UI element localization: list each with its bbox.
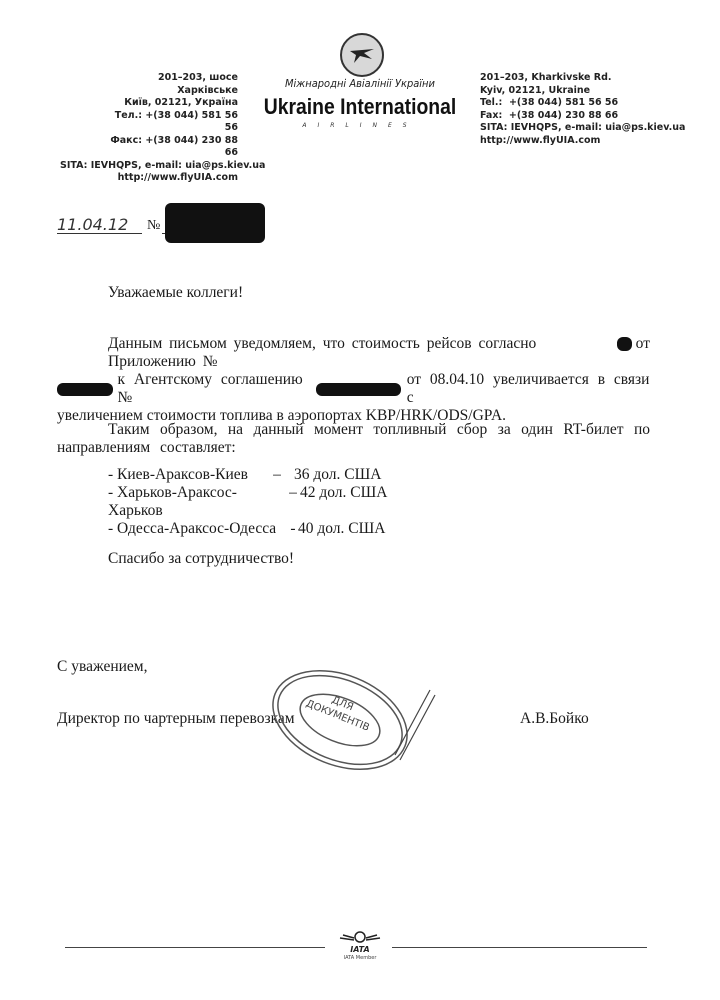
route-row: - Харьков-Араксос-Харьков – 42 дол. США	[108, 484, 387, 520]
address-line: SITA: IEVHQPS, e-mail: uia@ps.kiev.ua	[480, 122, 670, 135]
address-line: Kyiv, 02121, Ukraine	[480, 85, 670, 98]
closing: С уважением,	[57, 658, 148, 676]
route-row: - Киев-Араксов-Киев – 36 дол. США	[108, 466, 387, 484]
official-stamp: ДЛЯ ДОКУМЕНТІВ	[240, 665, 440, 775]
date-underline	[57, 233, 142, 234]
uia-bird-logo-icon	[340, 33, 384, 77]
address-line: Київ, 02121, Україна	[100, 97, 238, 110]
redacted-appendix-date	[57, 383, 113, 396]
address-line: 201–203, Kharkivske Rd.	[480, 72, 670, 85]
address-line: Tel.: +(38 044) 581 56 56	[480, 97, 670, 110]
footer-divider-left	[65, 947, 325, 948]
route-name: - Киев-Араксов-Киев	[108, 466, 260, 484]
paragraph-1-line-1a: Данным письмом уведомляем, что стоимость…	[108, 335, 625, 371]
address-line: Fax: +(38 044) 230 88 66	[480, 110, 670, 123]
thanks-line: Спасибо за сотрудничество!	[108, 550, 294, 568]
airline-subtitle: AIRLINES	[250, 122, 470, 129]
address-line: Факс: +(38 044) 230 88 66	[100, 135, 238, 160]
address-line: Тел.: +(38 044) 581 56 56	[100, 110, 238, 135]
header-address-en: 201–203, Kharkivske Rd. Kyiv, 02121, Ukr…	[480, 72, 670, 147]
footer-divider-right	[392, 947, 647, 948]
iata-logo-icon	[338, 930, 382, 946]
route-fee: 36 дол. США	[294, 466, 381, 484]
routes-list: - Киев-Араксов-Киев – 36 дол. США - Харь…	[108, 466, 387, 538]
header-address-ua: 201–203, шосе Харківське Київ, 02121, Ук…	[100, 72, 238, 185]
address-line: http://www.flyUIA.com	[480, 135, 670, 148]
address-line: 201–203, шосе Харківське	[100, 72, 238, 97]
paragraph-1-line-1b: от	[636, 335, 650, 371]
letter-number-label: №	[147, 218, 160, 234]
signer-name: А.В.Бойко	[520, 710, 589, 728]
letter-date: 11.04.12	[57, 215, 128, 234]
route-name: - Одесса-Араксос-Одесса	[108, 520, 288, 538]
paragraph-1: Данным письмом уведомляем, что стоимость…	[57, 335, 650, 425]
paragraph-1-line-2a: к Агентскому соглашению №	[117, 371, 314, 407]
paragraph-1-line-2b: от 08.04.10 увеличивается в связи с	[407, 371, 650, 407]
address-line: SITA: IEVHQPS, e-mail: uia@ps.kiev.ua	[60, 160, 238, 173]
greeting: Уважаемые коллеги!	[108, 284, 243, 302]
iata-wordmark: IATA	[330, 945, 390, 954]
redacted-agreement-number	[316, 383, 401, 396]
route-fee: 40 дол. США	[298, 520, 385, 538]
route-fee: 42 дол. США	[300, 484, 387, 520]
route-separator: -	[288, 520, 298, 538]
redacted-number	[165, 203, 265, 243]
airline-name-ua: Міжнародні Авіалінії України	[261, 77, 459, 90]
route-separator: –	[286, 484, 300, 520]
airline-name-en: Ukraine International	[263, 94, 457, 120]
route-name: - Харьков-Араксос-Харьков	[108, 484, 286, 520]
route-row: - Одесса-Араксос-Одесса - 40 дол. США	[108, 520, 387, 538]
route-separator: –	[260, 466, 294, 484]
paragraph-2: Таким образом, на данный момент топливны…	[57, 421, 650, 457]
iata-member-label: IATA Member	[325, 955, 395, 961]
address-line: http://www.flyUIA.com	[100, 172, 238, 185]
redacted-appendix-number	[617, 337, 632, 351]
